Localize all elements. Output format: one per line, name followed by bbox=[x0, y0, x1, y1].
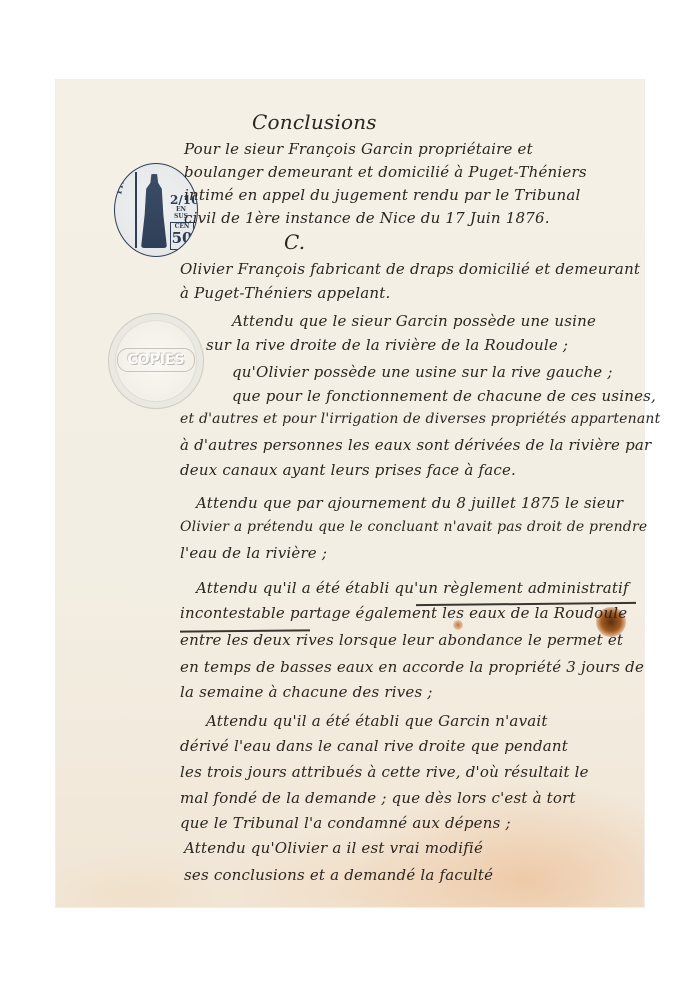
text-line: civil de 1ère instance de Nice du 17 Jui… bbox=[184, 209, 550, 227]
text-line: Pour le sieur François Garcin propriétai… bbox=[184, 140, 533, 158]
justice-figure-icon bbox=[141, 174, 167, 248]
text-line: entre les deux rives lorsque leur abonda… bbox=[180, 631, 623, 649]
text-line: ses conclusions et a demandé la faculté bbox=[184, 866, 493, 884]
text-line: C. bbox=[284, 230, 305, 254]
text-line: l'eau de la rivière ; bbox=[180, 544, 327, 562]
text-line: en temps de basses eaux en accorde la pr… bbox=[180, 658, 644, 676]
text-line: et d'autres et pour l'irrigation de dive… bbox=[180, 411, 660, 427]
embossed-seal: COPIES bbox=[108, 313, 204, 409]
document-page: TIMBRE 2/10 EN SUS CEN 50 COPIES Conclus… bbox=[56, 80, 644, 907]
text-line: que pour le fonctionnement de chacune de… bbox=[232, 387, 656, 405]
text-line: mal fondé de la demande ; que dès lors c… bbox=[180, 789, 576, 807]
stamp-value-number: 50 bbox=[171, 230, 193, 247]
text-line: Attendu que par ajournement du 8 juillet… bbox=[196, 494, 623, 512]
text-line: deux canaux ayant leurs prises face à fa… bbox=[180, 461, 516, 479]
text-line: à Puget-Théniers appelant. bbox=[180, 284, 390, 302]
document-title: Conclusions bbox=[252, 110, 377, 134]
text-line: incontestable partage également les eaux… bbox=[180, 604, 627, 622]
text-line: sur la rive droite de la rivière de la R… bbox=[206, 336, 568, 354]
text-line: Attendu qu'il a été établi que Garcin n'… bbox=[206, 712, 548, 730]
text-line: intimé en appel du jugement rendu par le… bbox=[184, 186, 581, 204]
text-line: qu'Olivier possède une usine sur la rive… bbox=[232, 363, 613, 381]
text-line: Attendu qu'il a été établi qu'un règleme… bbox=[196, 579, 629, 597]
stamp-staff-icon bbox=[135, 172, 137, 248]
text-line: les trois jours attribués à cette rive, … bbox=[180, 763, 589, 781]
text-line: la semaine à chacune des rives ; bbox=[180, 683, 433, 701]
text-line: Attendu qu'Olivier a il est vrai modifié bbox=[184, 839, 483, 857]
text-line: boulanger demeurant et domicilié à Puget… bbox=[184, 163, 587, 181]
seal-label: COPIES bbox=[117, 348, 195, 372]
stamp-label: TIMBRE bbox=[114, 163, 132, 196]
text-line: à d'autres personnes les eaux sont dériv… bbox=[180, 436, 651, 454]
text-line: Olivier a prétendu que le concluant n'av… bbox=[180, 519, 647, 535]
text-line: que le Tribunal l'a condamné aux dépens … bbox=[180, 814, 511, 832]
text-line: dérivé l'eau dans le canal rive droite q… bbox=[180, 737, 568, 755]
text-line: Attendu que le sieur Garcin possède une … bbox=[232, 312, 596, 330]
text-line: Olivier François fabricant de draps domi… bbox=[180, 260, 640, 278]
